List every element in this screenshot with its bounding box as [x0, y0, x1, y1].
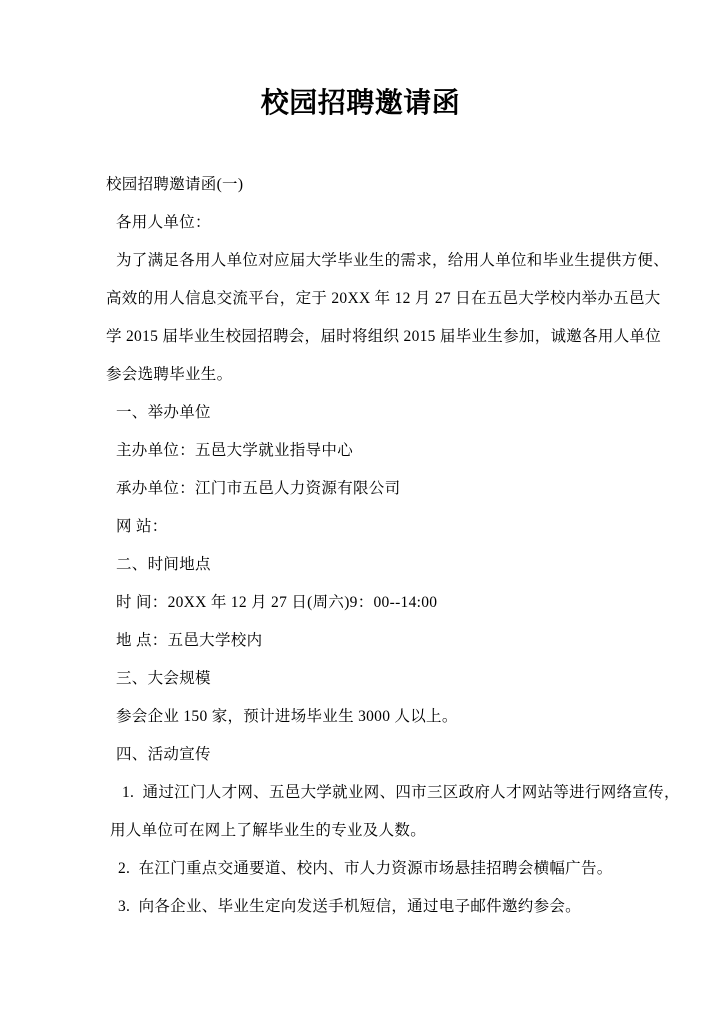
doc-field-undertaker: 承办单位：江门市五邑人力资源有限公司 — [106, 470, 661, 508]
doc-field-organizer: 主办单位：五邑大学就业指导中心 — [106, 432, 661, 470]
doc-paragraph-line: 学 2015 届毕业生校园招聘会，届时将组织 2015 届毕业生参加，诚邀各用人… — [106, 318, 661, 356]
doc-paragraph-line: 为了满足各用人单位对应届大学毕业生的需求，给用人单位和毕业生提供方便、 — [106, 242, 661, 280]
doc-field-location: 地 点：五邑大学校内 — [106, 622, 661, 660]
section-heading-2: 二、时间地点 — [106, 546, 661, 584]
doc-list-item-2: 2. 在江门重点交通要道、校内、市人力资源市场悬挂招聘会横幅广告。 — [106, 850, 661, 888]
doc-paragraph-line: 高效的用人信息交流平台，定于 20XX 年 12 月 27 日在五邑大学校内举办… — [106, 280, 661, 318]
document-page: 校园招聘邀请函 校园招聘邀请函(一) 各用人单位： 为了满足各用人单位对应届大学… — [0, 0, 721, 1020]
doc-field-website: 网 站： — [106, 508, 661, 546]
document-title: 校园招聘邀请函 — [0, 0, 721, 122]
section-heading-3: 三、大会规模 — [106, 660, 661, 698]
doc-list-item-3: 3. 向各企业、毕业生定向发送手机短信，通过电子邮件邀约参会。 — [106, 888, 661, 926]
doc-paragraph-line: 参会选聘毕业生。 — [106, 356, 661, 394]
doc-scale-line: 参会企业 150 家，预计进场毕业生 3000 人以上。 — [106, 698, 661, 736]
document-body: 校园招聘邀请函(一) 各用人单位： 为了满足各用人单位对应届大学毕业生的需求，给… — [0, 166, 721, 926]
section-heading-4: 四、活动宣传 — [106, 736, 661, 774]
doc-field-time: 时 间：20XX 年 12 月 27 日(周六)9：00--14:00 — [106, 584, 661, 622]
section-heading-1: 一、举办单位 — [106, 394, 661, 432]
doc-salutation: 各用人单位： — [106, 204, 661, 242]
doc-list-item-1: 1. 通过江门人才网、五邑大学就业网、四市三区政府人才网站等进行网络宣传， — [106, 774, 661, 812]
doc-subtitle: 校园招聘邀请函(一) — [106, 166, 661, 204]
doc-list-item-1-cont: 用人单位可在网上了解毕业生的专业及人数。 — [106, 812, 661, 850]
